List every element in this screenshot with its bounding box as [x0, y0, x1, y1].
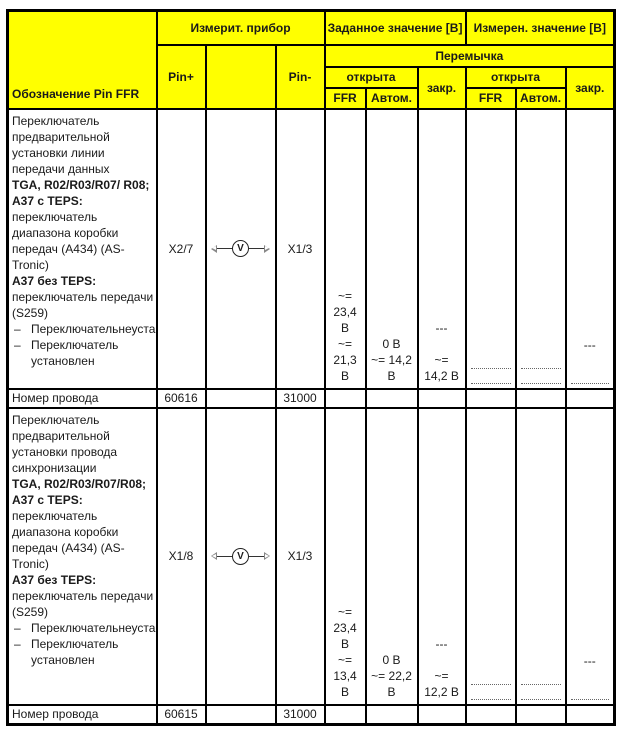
pin-minus-value: X1/3 — [276, 408, 325, 705]
header-measured: Измерен. значение [B] — [466, 11, 615, 45]
wire-number-label: Номер провода — [8, 389, 157, 408]
wire-number-minus: 31000 — [276, 389, 325, 408]
measured-closed-field[interactable]: --- — [566, 408, 615, 705]
description-mid: переключатель диапазона коробки передач … — [12, 209, 154, 273]
header-pin-designation: Обозначение Pin FFR — [8, 11, 157, 109]
arrow-left-icon — [211, 552, 217, 560]
wire-number-label: Номер провода — [8, 705, 157, 725]
wire-number-row: Номер провода 60616 31000 — [8, 389, 615, 408]
measured-auto-field[interactable] — [516, 408, 566, 705]
table-row: Переключатель предварительной установки … — [8, 109, 615, 389]
voltmeter-icon: V — [232, 240, 249, 257]
arrow-right-icon — [264, 245, 270, 253]
arrow-left-icon — [211, 245, 217, 253]
measured-auto-field[interactable] — [516, 109, 566, 389]
wire-number-plus: 60615 — [157, 705, 206, 725]
pin-measurement-table: Обозначение Pin FFR Измерит. прибор Зада… — [6, 9, 616, 726]
description-intro: Переключатель предварительной установки … — [12, 412, 154, 476]
header-set-ffr: FFR — [325, 88, 366, 109]
measured-closed-field[interactable]: --- — [566, 109, 615, 389]
header-symbol-blank — [206, 45, 276, 109]
setpoint-auto: 0 В~= 14,2В — [366, 109, 418, 389]
header-meas-open: открыта — [466, 67, 566, 88]
voltmeter-icon: V — [232, 548, 249, 565]
header-meas-closed: закр. — [566, 67, 615, 109]
list-item: – Переключательнеустановлен — [12, 321, 154, 337]
header-set-open: открыта — [325, 67, 418, 88]
wire-number-minus: 31000 — [276, 705, 325, 725]
measured-ffr-field[interactable] — [466, 109, 516, 389]
header-meas-auto: Автом. — [516, 88, 566, 109]
arrow-right-icon — [264, 552, 270, 560]
description-tail: переключатель передачи (S259) — [12, 588, 154, 620]
header-pin-minus: Pin- — [276, 45, 325, 109]
header-meas-ffr: FFR — [466, 88, 516, 109]
pin-plus-value: X2/7 — [157, 109, 206, 389]
pin-minus-value: X1/3 — [276, 109, 325, 389]
description-variant-bold: TGA, R02/R03/R07/R08; A37 с TEPS: — [12, 477, 146, 507]
pin-plus-value: X1/8 — [157, 408, 206, 705]
meter-symbol: V — [206, 408, 276, 705]
wire-number-plus: 60616 — [157, 389, 206, 408]
table-row: Переключатель предварительной установки … — [8, 408, 615, 705]
setpoint-closed: ---~=14,2 В — [418, 109, 466, 389]
description-variant-bold: TGA, R02/R03/R07/ R08; A37 с TEPS: — [12, 178, 149, 208]
header-set-closed: закр. — [418, 67, 466, 109]
pin-description: Переключатель предварительной установки … — [8, 408, 157, 705]
description-tail: переключатель передачи (S259) — [12, 289, 154, 321]
description-mid: переключатель диапазона коробки передач … — [12, 508, 154, 572]
list-item: – Переключательустановлен — [12, 337, 154, 369]
description-variant-bold: A37 без TEPS: — [12, 274, 96, 288]
setpoint-auto: 0 В~= 22,2В — [366, 408, 418, 705]
header-jumper: Перемычка — [325, 45, 615, 67]
list-item: – Переключательнеустановлен — [12, 620, 154, 636]
pin-description: Переключатель предварительной установки … — [8, 109, 157, 389]
header-meter: Измерит. прибор — [157, 11, 325, 45]
setpoint-closed: ---~=12,2 В — [418, 408, 466, 705]
meter-symbol: V — [206, 109, 276, 389]
description-intro: Переключатель предварительной установки … — [12, 113, 154, 177]
measured-ffr-field[interactable] — [466, 408, 516, 705]
list-item: – Переключательустановлен — [12, 636, 154, 668]
setpoint-ffr: ~=23,4В ~=21,3В — [325, 109, 366, 389]
header-setpoint: Заданное значение [B] — [325, 11, 466, 45]
description-variant-bold: A37 без TEPS: — [12, 573, 96, 587]
header-set-auto: Автом. — [366, 88, 418, 109]
header-pin-plus: Pin+ — [157, 45, 206, 109]
wire-number-row: Номер провода 60615 31000 — [8, 705, 615, 725]
setpoint-ffr: ~=23,4В ~=13,4В — [325, 408, 366, 705]
